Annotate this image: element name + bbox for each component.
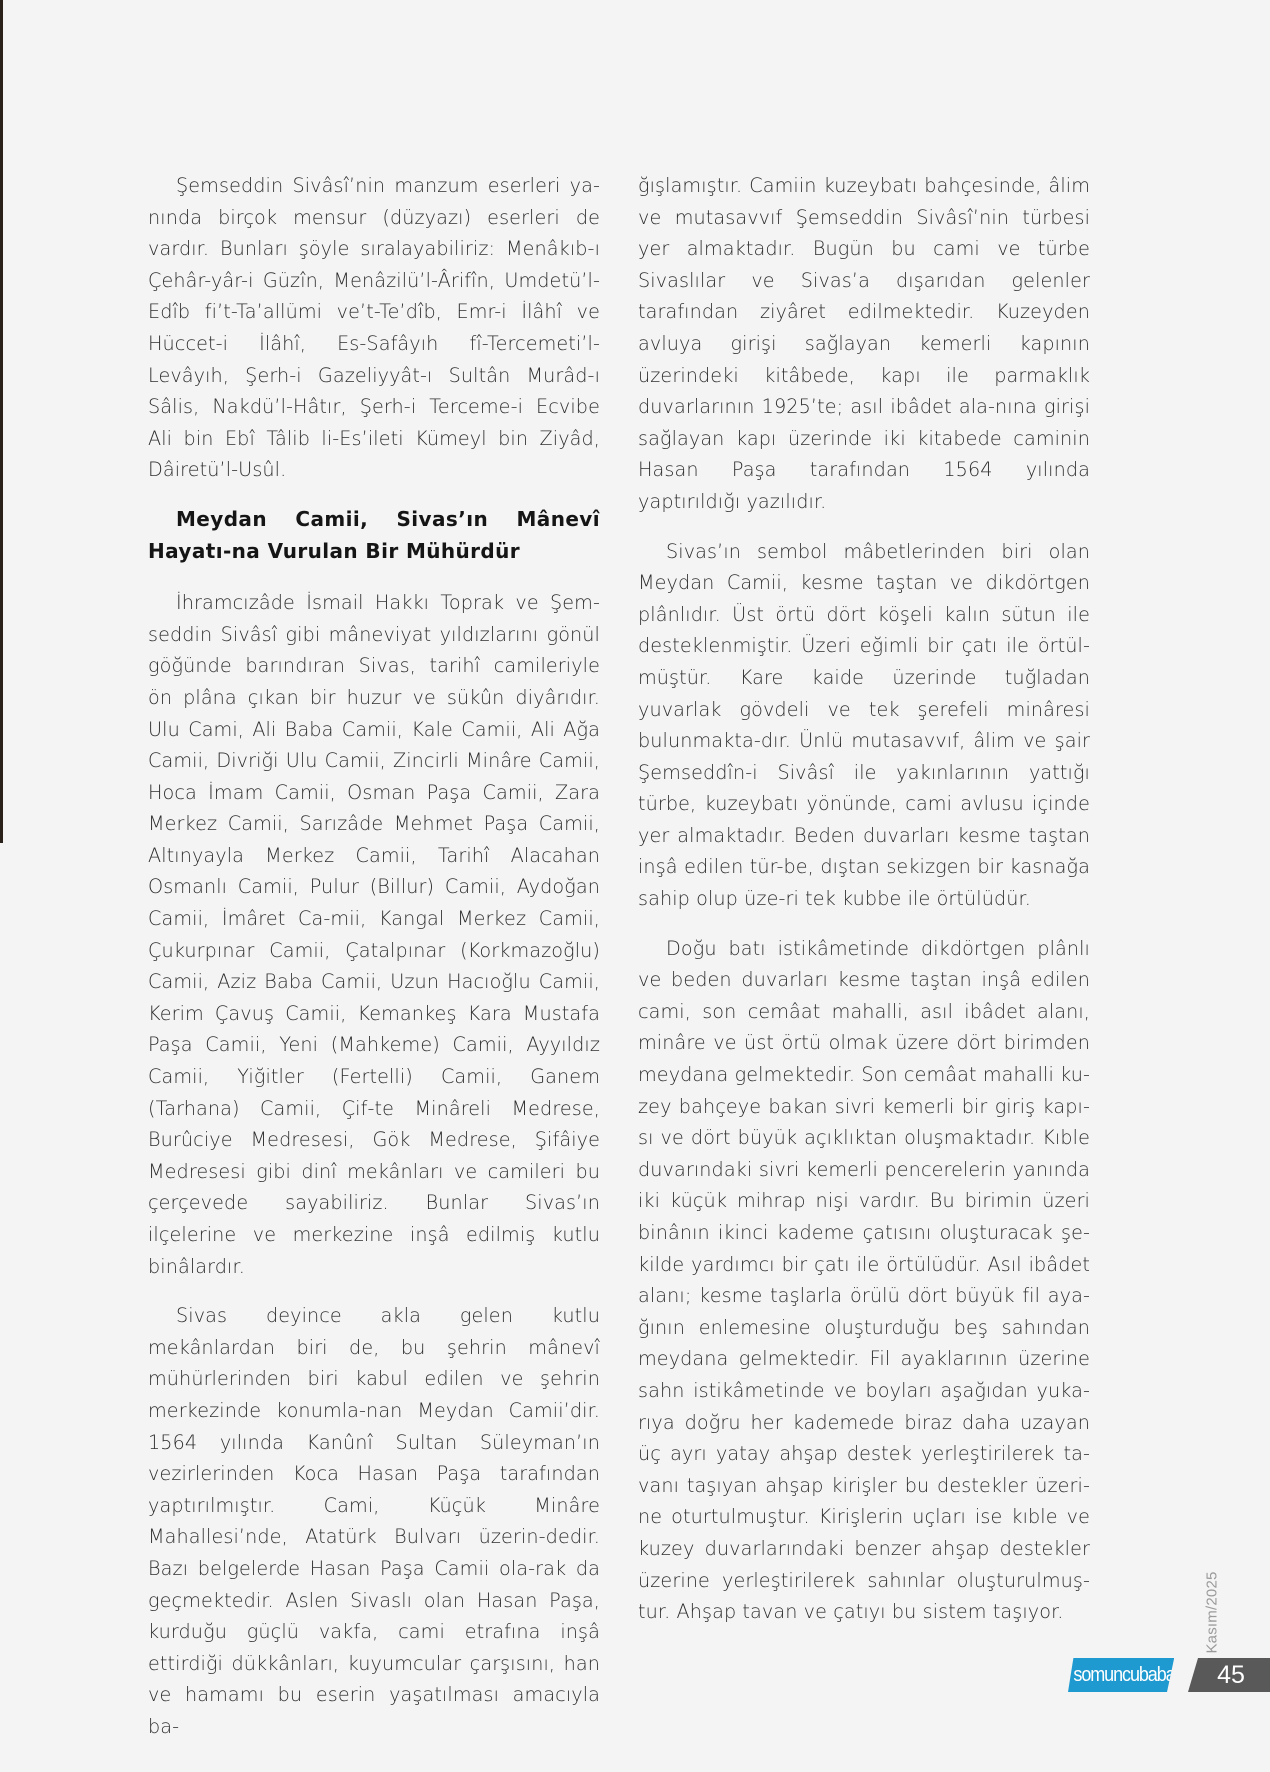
paragraph-meydan-camii-history: Sivas deyince akla gelen kutlu mekânlard… [148, 1300, 600, 1742]
paragraph-structure-details: Doğu batı istikâmetinde dikdörtgen plânl… [638, 933, 1090, 1628]
paragraph-continuation-turbe: ğışlamıştır. Camiin kuzeybatı bahçesinde… [638, 170, 1090, 518]
paragraph-mensur-works: Şemseddin Sivâsî’nin manzum eserleri ya-… [148, 170, 600, 486]
issue-date: Kasım/2025 [1198, 1570, 1226, 1654]
issue-date-label: Kasım/2025 [1204, 1571, 1221, 1653]
brand-logo: somuncubaba [1068, 1658, 1174, 1692]
paragraph-architecture: Sivas’ın sembol mâbetlerinden biri olan … [638, 536, 1090, 915]
article-column-left: Şemseddin Sivâsî’nin manzum eserleri ya-… [148, 170, 600, 1761]
page-spine-edge [0, 0, 3, 843]
page-number: 45 [1188, 1658, 1270, 1692]
page-footer: somuncubaba 45 [1068, 1658, 1270, 1692]
section-heading: Meydan Camii, Sivas’ın Mânevî Hayatı-na … [148, 504, 600, 567]
article-column-right: ğışlamıştır. Camiin kuzeybatı bahçesinde… [638, 170, 1090, 1646]
paragraph-sivas-mosques: İhramcızâde İsmail Hakkı Toprak ve Şem-s… [148, 587, 600, 1282]
